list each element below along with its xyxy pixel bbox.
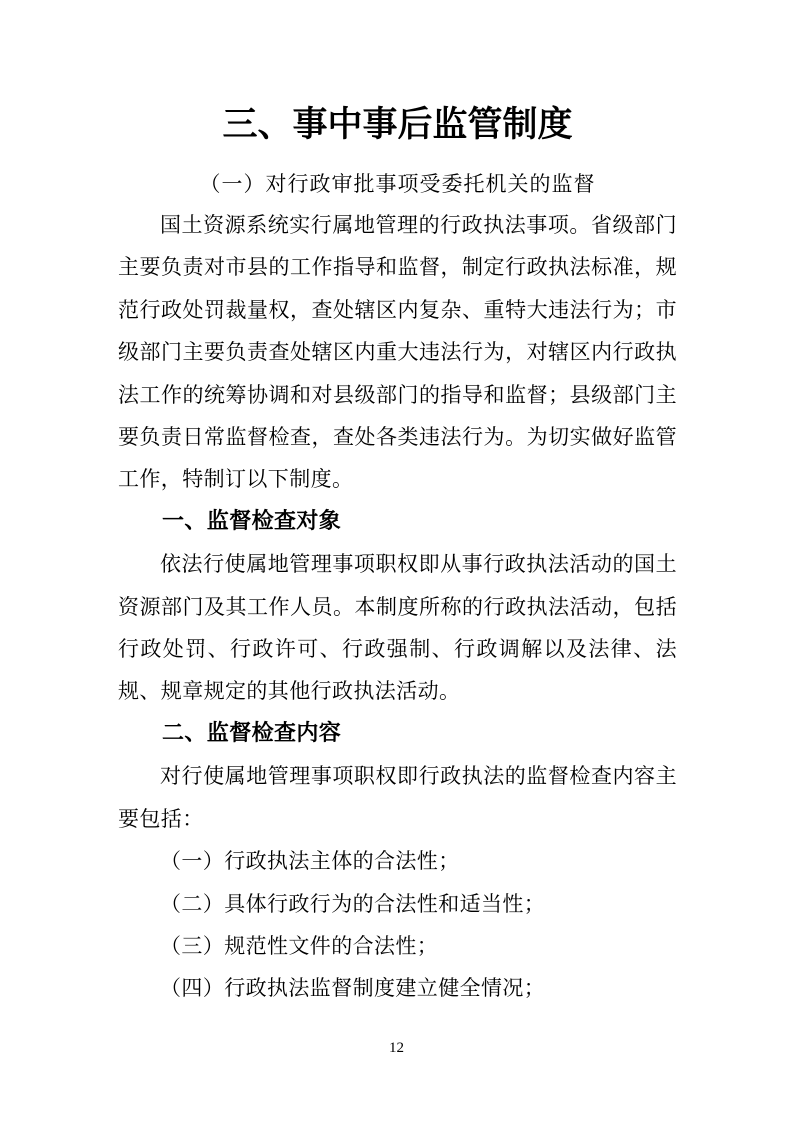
list-item-3: （三）规范性文件的合法性；	[118, 925, 677, 967]
list-item-1: （一）行政执法主体的合法性；	[118, 840, 677, 882]
document-title: 三、事中事后监管制度	[118, 102, 677, 148]
list-item-4: （四）行政执法监督制度建立健全情况；	[118, 967, 677, 1009]
document-page: 三、事中事后监管制度 （一）对行政审批事项受委托机关的监督 国土资源系统实行属地…	[0, 0, 793, 1122]
section-heading-supervision-content: 二、监督检查内容	[118, 713, 677, 755]
list-item-2: （二）具体行政行为的合法性和适当性；	[118, 883, 677, 925]
intro-paragraph: 国土资源系统实行属地管理的行政执法事项。省级部门主要负责对市县的工作指导和监督，…	[118, 204, 677, 501]
section-heading-supervision-targets: 一、监督检查对象	[118, 501, 677, 543]
page-number: 12	[0, 1038, 793, 1058]
document-subtitle: （一）对行政审批事项受委托机关的监督	[118, 168, 677, 200]
section-content-paragraph: 对行使属地管理事项职权即行政执法的监督检查内容主要包括：	[118, 755, 677, 840]
section-targets-paragraph: 依法行使属地管理事项职权即从事行政执法活动的国土资源部门及其工作人员。本制度所称…	[118, 543, 677, 713]
